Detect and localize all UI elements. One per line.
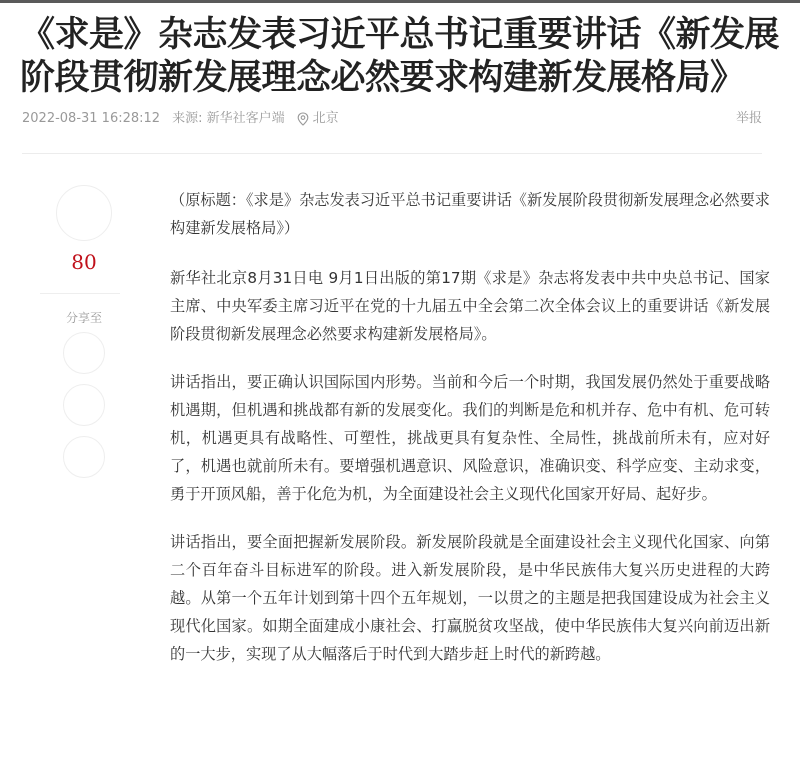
article-paragraph: 讲话指出，要正确认识国际国内形势。当前和今后一个时期，我国发展仍然处于重要战略机… (170, 368, 770, 508)
header-divider (22, 153, 762, 154)
article-sidebar: 80 分享至 (44, 185, 124, 478)
share-button-1[interactable] (63, 332, 105, 374)
article-paragraph: 讲话指出，要全面把握新发展阶段。新发展阶段就是全面建设社会主义现代化国家、向第二… (170, 528, 770, 668)
location-pin-icon (297, 112, 309, 126)
article-body: （原标题：《求是》杂志发表习近平总书记重要讲话《新发展阶段贯彻新发展理念必然要求… (170, 186, 770, 688)
article-paragraph: 新华社北京8月31日电 9月1日出版的第17期《求是》杂志将发表中共中央总书记、… (170, 264, 770, 348)
article-location: 北京 (297, 109, 339, 129)
article-source: 来源: 新华社客户端 (172, 109, 285, 129)
share-label: 分享至 (44, 310, 124, 326)
publish-datetime: 2022-08-31 16:28:12 (22, 109, 160, 129)
original-title-paragraph: （原标题：《求是》杂志发表习近平总书记重要讲话《新发展阶段贯彻新发展理念必然要求… (170, 186, 770, 242)
report-link[interactable]: 举报 (736, 109, 762, 129)
share-button-3[interactable] (63, 436, 105, 478)
sidebar-divider (40, 293, 120, 294)
top-border (0, 0, 800, 3)
like-count: 80 (44, 249, 124, 275)
location-label: 北京 (313, 109, 339, 129)
like-button[interactable] (56, 185, 112, 241)
article-title: 《求是》杂志发表习近平总书记重要讲话《新发展阶段贯彻新发展理念必然要求构建新发展… (20, 14, 780, 100)
article-meta: 2022-08-31 16:28:12 来源: 新华社客户端 北京 举报 (22, 109, 762, 129)
share-button-2[interactable] (63, 384, 105, 426)
